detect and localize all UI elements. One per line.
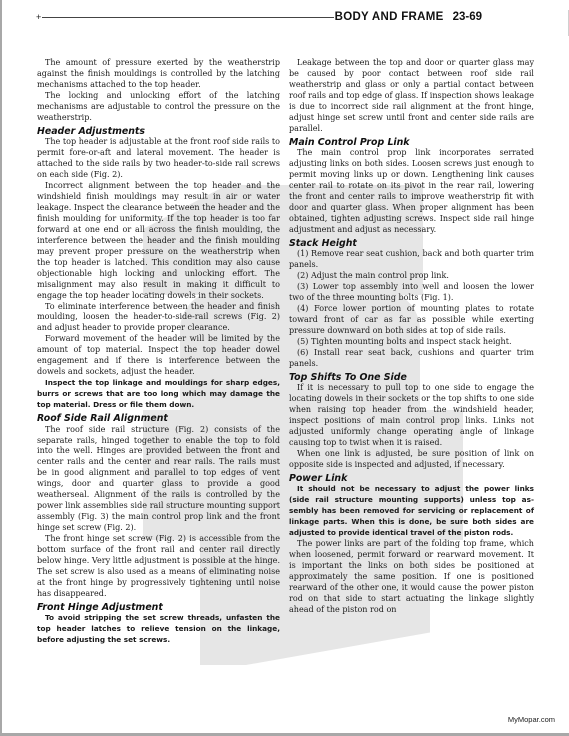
caution-note: It should not be necessary to adjust the… (289, 484, 534, 539)
heading-top-shifts-to-one-side: Top Shifts To One Side (289, 372, 534, 384)
page-number: 23-69 (453, 11, 482, 23)
paragraph: Leakage between the top and door or quar… (289, 58, 534, 135)
heading-header-adjustments: Header Adjustments (37, 126, 280, 138)
paragraph: The main control prop link incorporates … (289, 148, 534, 236)
section-title: BODY AND FRAME (335, 11, 444, 23)
procedure-step: (3) Lower top assembly into well and loo… (289, 282, 534, 304)
heading-stack-height: Stack Height (289, 238, 534, 250)
paragraph: Forward movement of the header will be l… (37, 334, 280, 378)
procedure-step: (1) Remove rear seat cushion, back and b… (289, 249, 534, 271)
right-column: Leakage between the top and door or quar… (289, 58, 534, 616)
page-header: + BODY AND FRAME 23-69 (36, 7, 482, 27)
paragraph: The amount of pressure exerted by the we… (37, 58, 280, 91)
paragraph: If it is necessary to pull top to one si… (289, 383, 534, 449)
paragraph: The top header is adjustable at the fron… (37, 137, 280, 181)
paragraph: The power links are part of the folding … (289, 539, 534, 616)
paragraph: Incorrect alignment between the top head… (37, 181, 280, 301)
caution-note: Inspect the top linkage and mouldings fo… (37, 378, 280, 411)
procedure-step: (5) Tighten mounting bolts and inspect s… (289, 337, 534, 348)
procedure-step: (4) Force lower portion of mounting plat… (289, 304, 534, 337)
caution-note: To avoid stripping the set screw threads… (37, 613, 280, 646)
heading-main-control-prop-link: Main Control Prop Link (289, 137, 534, 149)
procedure-step: (2) Adjust the main control prop link. (289, 271, 534, 282)
heading-front-hinge-adjustment: Front Hinge Adjustment (37, 602, 280, 614)
left-column: The amount of pressure exerted by the we… (37, 58, 280, 646)
paragraph: The front hinge set screw (Fig. 2) is ac… (37, 534, 280, 600)
page-border-left (0, 0, 2, 736)
site-credit: MyMopar.com (508, 715, 555, 724)
procedure-step: (6) Install rear seat back, cushions and… (289, 348, 534, 370)
paragraph: The locking and unlocking effort of the … (37, 91, 280, 124)
heading-roof-side-rail-alignment: Roof Side Rail Alignment (37, 413, 280, 425)
registration-mark: + (36, 13, 41, 22)
heading-power-link: Power Link (289, 473, 534, 485)
paragraph: The roof side rail structure (Fig. 2) co… (37, 425, 280, 535)
paragraph: When one link is adjusted, be sure posit… (289, 449, 534, 471)
header-rule (42, 17, 333, 18)
paragraph: To eliminate interference between the he… (37, 302, 280, 335)
